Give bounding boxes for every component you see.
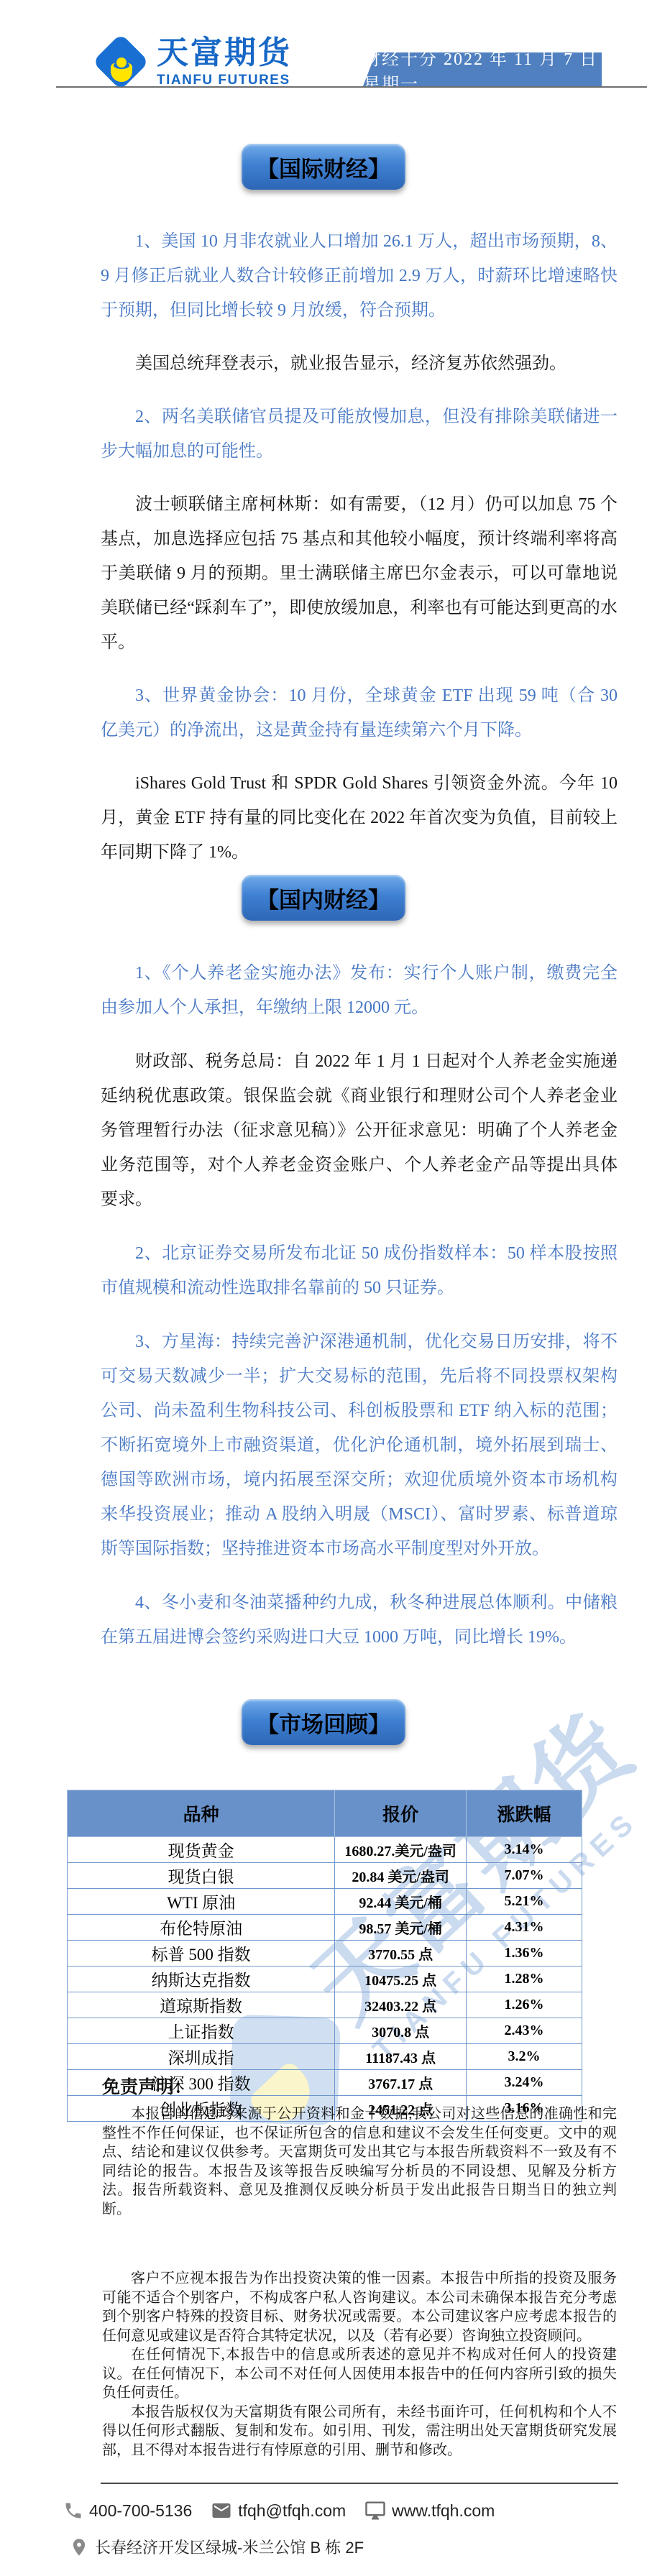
cell-change: 3.14% bbox=[466, 1837, 582, 1863]
cell-quote: 32403.22 点 bbox=[335, 1992, 467, 2018]
col-variety-header: 品种 bbox=[68, 1790, 335, 1837]
col-quote-header: 报价 bbox=[335, 1790, 467, 1837]
paragraph: 4、冬小麦和冬油菜播种约九成，秋冬种进展总体顺利。中储粮在第五届进博会签约采购进… bbox=[101, 1586, 618, 1655]
brand-diamond-icon bbox=[92, 33, 149, 90]
cell-quote: 92.44 美元/桶 bbox=[335, 1889, 467, 1915]
footer-phone: 400-700-5136 bbox=[63, 2501, 192, 2521]
footer-website: www.tfqh.com bbox=[364, 2500, 495, 2521]
paragraph: 1、《个人养老金实施办法》发布：实行个人账户制，缴费完全由参加人个人承担，年缴纳… bbox=[101, 956, 618, 1025]
cell-change: 1.28% bbox=[466, 1966, 582, 1992]
footer-contact-row: 400-700-5136 tfqh@tfqh.com www.tfqh.com bbox=[63, 2500, 513, 2521]
table-row: 深圳成指 11187.43 点 3.2% bbox=[68, 2044, 582, 2070]
cell-change: 4.31% bbox=[466, 1915, 582, 1941]
disclaimer-paragraph: 本报告版权仅为天富期货有限公司所有，未经书面许可，任何机构和个人不得以任何形式翻… bbox=[102, 2403, 617, 2460]
footer-divider bbox=[101, 2483, 618, 2484]
cell-quote: 10475.25 点 bbox=[335, 1966, 467, 1992]
section-header-domestic: 【国内财经】 bbox=[242, 875, 405, 921]
phone-icon bbox=[63, 2501, 83, 2521]
disclaimer-paragraph: 本报告的信息均来源于公开资料和金十数据,我公司对这些信息的准确性和完整性不作任何… bbox=[102, 2104, 617, 2219]
table-row: 道琼斯指数 32403.22 点 1.26% bbox=[68, 1992, 582, 2018]
cell-variety: 深圳成指 bbox=[68, 2044, 335, 2070]
brand-logo: 天富期货 TIANFU FUTURES bbox=[95, 36, 292, 88]
table-row: 现货黄金 1680.27.美元/盎司 3.14% bbox=[68, 1837, 582, 1863]
cell-quote: 98.57 美元/桶 bbox=[335, 1915, 467, 1941]
table-row: 上证指数 3070.8 点 2.43% bbox=[68, 2018, 582, 2044]
cell-change: 3.2% bbox=[466, 2044, 582, 2070]
market-review-table: 品种 报价 涨跌幅 现货黄金 1680.27.美元/盎司 3.14% 现货白银 … bbox=[67, 1790, 582, 2122]
table-header-row: 品种 报价 涨跌幅 bbox=[68, 1790, 582, 1837]
brand-name-cn: 天富期货 bbox=[157, 37, 292, 69]
disclaimer-paragraph: 客户不应视本报告为作出投资决策的惟一因素。本报告中所指的投资及服务可能不适合个别… bbox=[102, 2269, 617, 2345]
phone-number[interactable]: 400-700-5136 bbox=[89, 2501, 192, 2521]
cell-variety: 标普 500 指数 bbox=[68, 1941, 335, 1966]
cell-change: 2.43% bbox=[466, 2018, 582, 2044]
cell-quote: 3070.8 点 bbox=[335, 2018, 467, 2044]
cell-change: 1.26% bbox=[466, 1992, 582, 2018]
international-section: 1、美国 10 月非农就业人口增加 26.1 万人，超出市场预期，8、9 月修正… bbox=[101, 224, 618, 888]
newsletter-page: 天富期货 TIANFU FUTURES 天富期货 TIANFU FUTURES … bbox=[0, 0, 647, 2576]
col-change-header: 涨跌幅 bbox=[466, 1790, 582, 1837]
paragraph: 2、两名美联储官员提及可能放慢加息，但没有排除美联储进一步大幅加息的可能性。 bbox=[101, 400, 618, 469]
email-icon bbox=[211, 2500, 232, 2521]
paragraph: 波士顿联储主席柯林斯：如有需要，（12 月）仍可以加息 75 个基点，加息选择应… bbox=[101, 487, 618, 660]
disclaimer-paragraph: 在任何情况下,本报告中的信息或所表述的意见并不构成对任何人的投资建议。在任何情况… bbox=[102, 2345, 617, 2403]
cell-variety: 道琼斯指数 bbox=[68, 1992, 335, 2018]
paragraph: 财政部、税务总局：自 2022 年 1 月 1 日起对个人养老金实施递延纳税优惠… bbox=[101, 1044, 618, 1217]
footer-email: tfqh@tfqh.com bbox=[211, 2500, 346, 2521]
brand-name-en: TIANFU FUTURES bbox=[157, 73, 292, 87]
cell-change: 5.21% bbox=[466, 1889, 582, 1915]
table-row: 纳斯达克指数 10475.25 点 1.28% bbox=[68, 1966, 582, 1992]
section-header-market-review: 【市场回顾】 bbox=[242, 1699, 405, 1745]
cell-quote: 11187.43 点 bbox=[335, 2044, 467, 2070]
footer-address-row: 长春经济开发区绿城-米兰公馆 B 栋 2F bbox=[69, 2536, 382, 2558]
paragraph: 3、方星海：持续完善沪深港通机制，优化交易日历安排，将不可交易天数减少一半；扩大… bbox=[101, 1325, 618, 1566]
domestic-section: 1、《个人养老金实施办法》发布：实行个人账户制，缴费完全由参加人个人承担，年缴纳… bbox=[101, 956, 618, 1674]
disclaimer-title: 免责声明： bbox=[102, 2073, 617, 2099]
paragraph: 2、北京证券交易所发布北证 50 成份指数样本：50 样本股按照市值规模和流动性… bbox=[101, 1236, 618, 1305]
table-row: 布伦特原油 98.57 美元/桶 4.31% bbox=[68, 1915, 582, 1941]
cell-quote: 1680.27.美元/盎司 bbox=[335, 1837, 467, 1863]
cell-variety: 上证指数 bbox=[68, 2018, 335, 2044]
paragraph: 美国总统拜登表示，就业报告显示，经济复苏依然强劲。 bbox=[101, 346, 618, 381]
website-url[interactable]: www.tfqh.com bbox=[392, 2501, 495, 2521]
paragraph: 3、世界黄金协会：10 月份，全球黄金 ETF 出现 59 吨（合 30 亿美元… bbox=[101, 678, 618, 747]
cell-variety: 布伦特原油 bbox=[68, 1915, 335, 1941]
cell-variety: 现货白银 bbox=[68, 1863, 335, 1889]
cell-change: 7.07% bbox=[466, 1863, 582, 1889]
cell-variety: WTI 原油 bbox=[68, 1889, 335, 1915]
cell-variety: 纳斯达克指数 bbox=[68, 1966, 335, 1992]
monitor-icon bbox=[364, 2500, 386, 2521]
disclaimer-section: 免责声明： 本报告的信息均来源于公开资料和金十数据,我公司对这些信息的准确性和完… bbox=[102, 2073, 617, 2460]
address-text: 长春经济开发区绿城-米兰公馆 B 栋 2F bbox=[95, 2536, 364, 2558]
paragraph: iShares Gold Trust 和 SPDR Gold Shares 引领… bbox=[101, 766, 618, 870]
location-pin-icon bbox=[69, 2537, 89, 2557]
cell-change: 1.36% bbox=[466, 1941, 582, 1966]
footer-address: 长春经济开发区绿城-米兰公馆 B 栋 2F bbox=[69, 2536, 364, 2558]
section-header-international: 【国际财经】 bbox=[242, 144, 405, 190]
email-address[interactable]: tfqh@tfqh.com bbox=[238, 2501, 346, 2521]
cell-quote: 3770.55 点 bbox=[335, 1941, 467, 1966]
table-row: 现货白银 20.84 美元/盎司 7.07% bbox=[68, 1863, 582, 1889]
date-banner: 财经十分 2022 年 11 月 7 日星期一 bbox=[363, 52, 602, 86]
paragraph: 1、美国 10 月非农就业人口增加 26.1 万人，超出市场预期，8、9 月修正… bbox=[101, 224, 618, 328]
table-row: WTI 原油 92.44 美元/桶 5.21% bbox=[68, 1889, 582, 1915]
table-row: 标普 500 指数 3770.55 点 1.36% bbox=[68, 1941, 582, 1966]
cell-variety: 现货黄金 bbox=[68, 1837, 335, 1863]
cell-quote: 20.84 美元/盎司 bbox=[335, 1863, 467, 1889]
